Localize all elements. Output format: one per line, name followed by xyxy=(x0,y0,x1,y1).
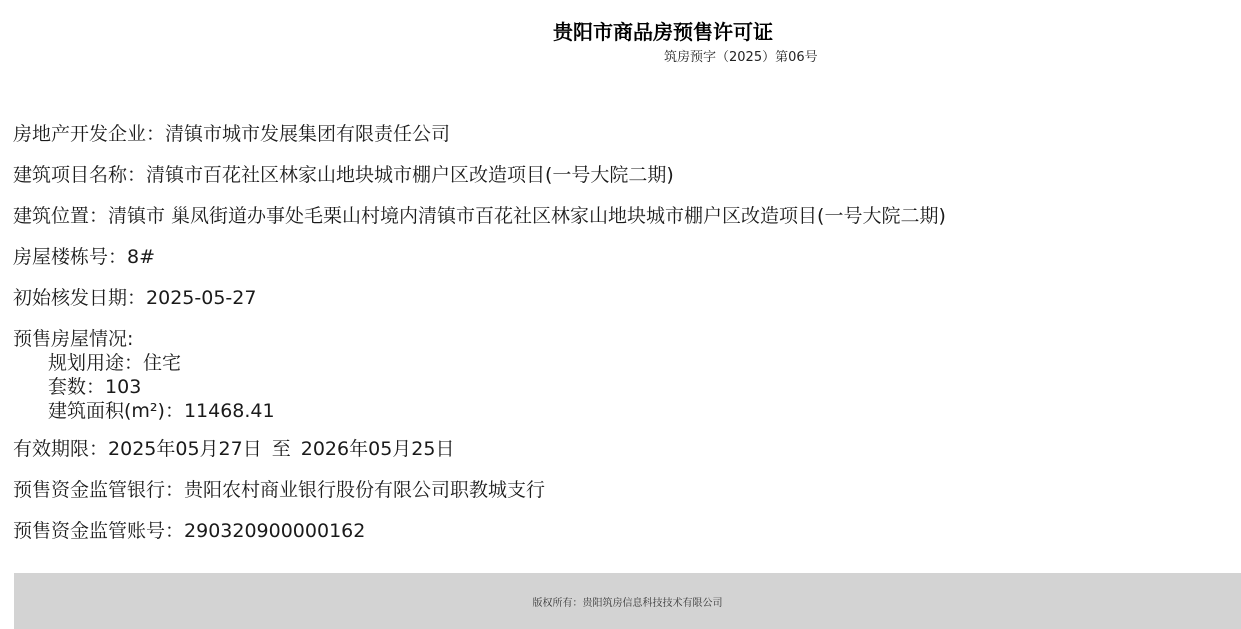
units-row: 套数：103 xyxy=(13,375,946,399)
bank-row: 预售资金监管银行：贵阳农村商业银行股份有限公司职教城支行 xyxy=(13,470,946,511)
footer: 版权所有：贵阳筑房信息科技技术有限公司 xyxy=(14,573,1241,629)
presale-label: 预售房屋情况: xyxy=(13,327,946,351)
validity-row: 有效期限：2025年05月27日至2026年05月25日 xyxy=(13,429,946,470)
units-value: 103 xyxy=(105,376,141,398)
developer-row: 房地产开发企业：清镇市城市发展集团有限责任公司 xyxy=(13,114,946,155)
validity-start: 2025年05月27日 xyxy=(108,438,262,460)
issue-date-label: 初始核发日期： xyxy=(13,287,146,309)
project-name-label: 建筑项目名称： xyxy=(13,164,146,186)
building-no-label: 房屋楼栋号： xyxy=(13,246,127,268)
issue-date-value: 2025-05-27 xyxy=(146,287,256,309)
units-label: 套数： xyxy=(48,376,105,398)
area-row: 建筑面积(m²)：11468.41 xyxy=(13,399,946,423)
area-label: 建筑面积(m²)： xyxy=(48,400,184,422)
account-value: 290320900000162 xyxy=(184,520,365,542)
permit-number: 筑房预字（2025）第06号 xyxy=(664,46,818,65)
validity-end: 2026年05月25日 xyxy=(301,438,455,460)
usage-row: 规划用途：住宅 xyxy=(13,351,946,375)
bank-label: 预售资金监管银行： xyxy=(13,479,184,501)
developer-value: 清镇市城市发展集团有限责任公司 xyxy=(165,123,450,145)
account-row: 预售资金监管账号：290320900000162 xyxy=(13,511,946,552)
validity-to: 至 xyxy=(272,438,291,460)
account-label: 预售资金监管账号： xyxy=(13,520,184,542)
location-label: 建筑位置： xyxy=(13,205,108,227)
building-no-row: 房屋楼栋号：8# xyxy=(13,237,946,278)
location-value: 清镇市 巢凤街道办事处毛栗山村境内清镇市百花社区林家山地块城市棚户区改造项目(一… xyxy=(108,205,946,227)
page-title: 贵阳市商品房预售许可证 xyxy=(553,16,773,45)
area-value: 11468.41 xyxy=(184,400,275,422)
validity-label: 有效期限： xyxy=(13,438,108,460)
bank-value: 贵阳农村商业银行股份有限公司职教城支行 xyxy=(184,479,545,501)
usage-label: 规划用途： xyxy=(48,352,143,374)
usage-value: 住宅 xyxy=(143,352,181,374)
developer-label: 房地产开发企业： xyxy=(13,123,165,145)
copyright-text: 版权所有：贵阳筑房信息科技技术有限公司 xyxy=(533,594,723,609)
location-row: 建筑位置：清镇市 巢凤街道办事处毛栗山村境内清镇市百花社区林家山地块城市棚户区改… xyxy=(13,196,946,237)
building-no-value: 8# xyxy=(127,246,155,268)
presale-info: 预售房屋情况: 规划用途：住宅 套数：103 建筑面积(m²)：11468.41 xyxy=(13,319,946,429)
certificate-details: 房地产开发企业：清镇市城市发展集团有限责任公司 建筑项目名称：清镇市百花社区林家… xyxy=(13,114,946,552)
project-name-row: 建筑项目名称：清镇市百花社区林家山地块城市棚户区改造项目(一号大院二期) xyxy=(13,155,946,196)
project-name-value: 清镇市百花社区林家山地块城市棚户区改造项目(一号大院二期) xyxy=(146,164,674,186)
issue-date-row: 初始核发日期：2025-05-27 xyxy=(13,278,946,319)
